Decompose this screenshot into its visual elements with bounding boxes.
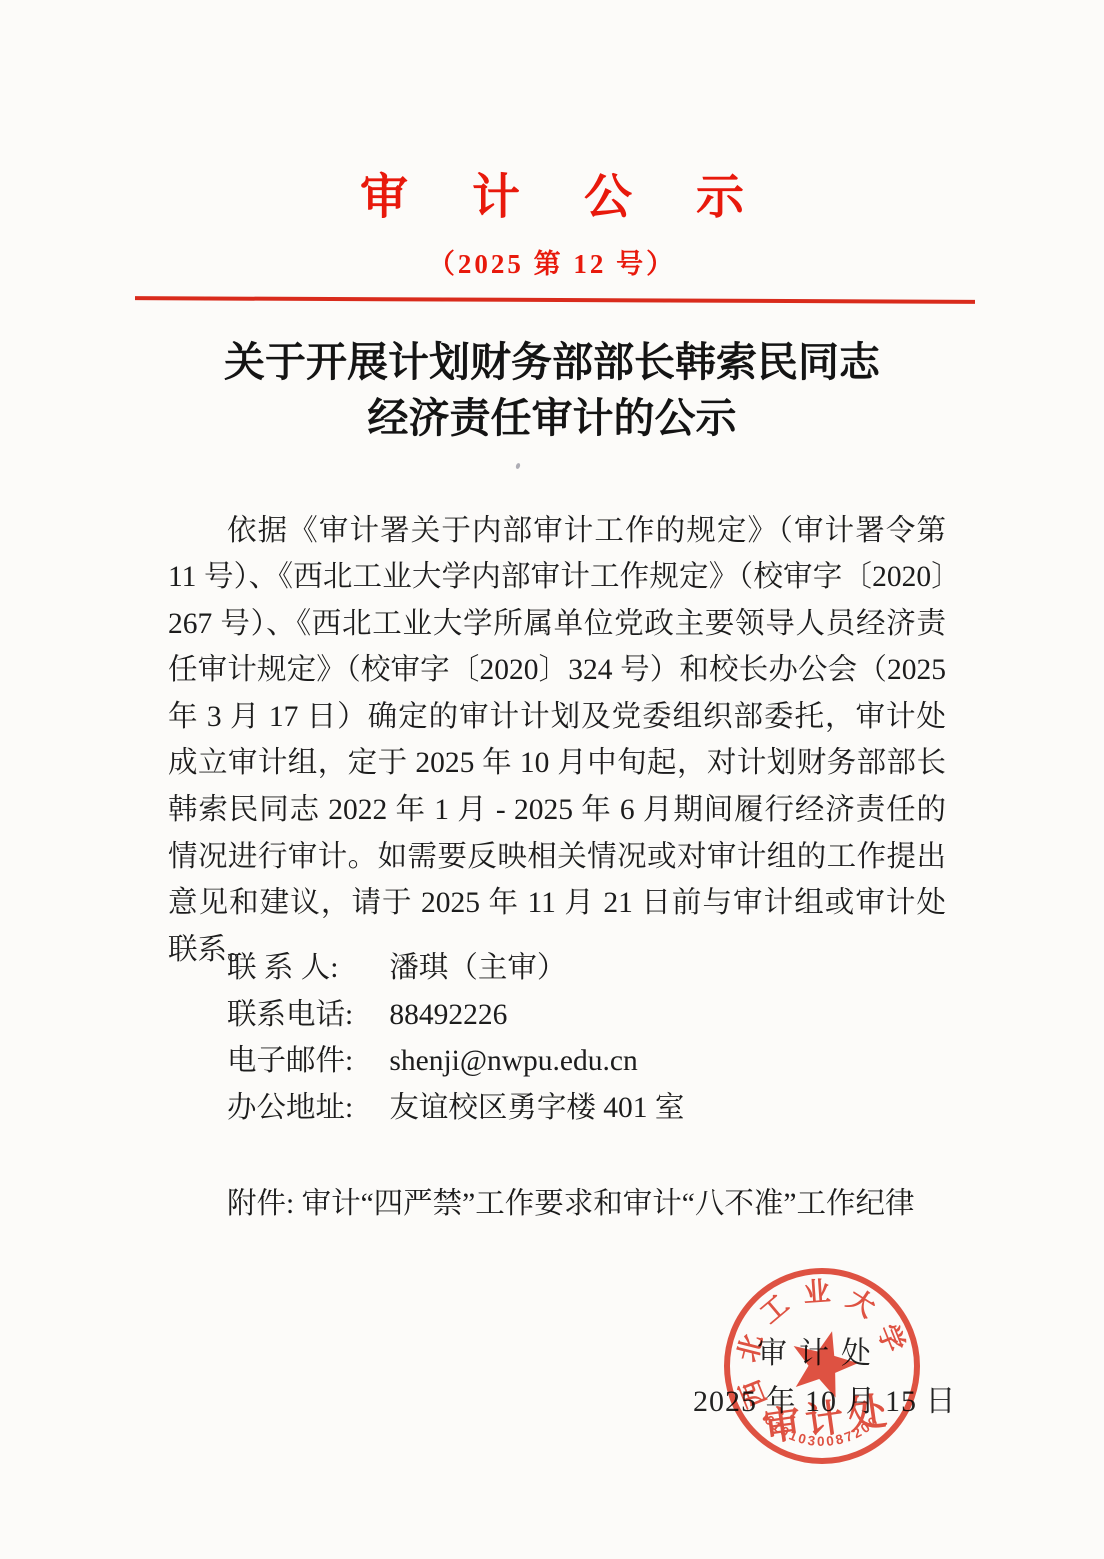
contact-person-label: 联 系 人: <box>227 945 382 992</box>
star-icon <box>784 1323 865 1401</box>
official-seal-stamp: 西北工业大学 审计处 6101030087200 <box>712 1256 932 1476</box>
contact-phone-row: 联系电话: 88492226 <box>227 992 684 1039</box>
body-paragraph: 依据《审计署关于内部审计工作的规定》（审计署令第 11 号）、《西北工业大学内部… <box>168 508 946 974</box>
contact-phone-value: 88492226 <box>389 999 507 1031</box>
attachment-note: 附件: 审计“四严禁”工作要求和审计“八不准”工作纪律 <box>227 1180 914 1222</box>
scan-artifact-speck <box>515 462 521 469</box>
contact-email-row: 电子邮件: shenji@nwpu.edu.cn <box>227 1038 684 1085</box>
red-divider-rule <box>135 296 975 304</box>
document-title: 审 计 公 示 <box>0 158 1104 227</box>
contact-address-row: 办公地址: 友谊校区勇字楼 401 室 <box>227 1085 684 1132</box>
document-page: 审 计 公 示 （2025 第 12 号） 关于开展计划财务部部长韩索民同志 经… <box>0 0 1104 1559</box>
heading-line-1: 关于开展计划财务部部长韩索民同志 <box>0 334 1104 390</box>
contact-person-value: 潘琪（主审） <box>389 952 566 984</box>
contact-address-value: 友谊校区勇字楼 401 室 <box>389 1092 684 1124</box>
stamp-ring-char: 学 <box>872 1320 910 1356</box>
stamp-ring-char: 业 <box>802 1276 831 1308</box>
contact-phone-label: 联系电话: <box>227 992 382 1039</box>
contact-email-label: 电子邮件: <box>227 1038 382 1085</box>
contact-person-row: 联 系 人: 潘琪（主审） <box>227 945 684 992</box>
stamp-ring-char: 北 <box>732 1331 768 1364</box>
heading-line-2: 经济责任审计的公示 <box>0 390 1104 446</box>
contact-email-value: shenji@nwpu.edu.cn <box>389 1045 637 1077</box>
document-number: （2025 第 12 号） <box>0 242 1104 281</box>
contact-address-label: 办公地址: <box>227 1085 382 1132</box>
contact-info-block: 联 系 人: 潘琪（主审） 联系电话: 88492226 电子邮件: shenj… <box>227 945 684 1131</box>
document-heading: 关于开展计划财务部部长韩索民同志 经济责任审计的公示 <box>0 334 1104 446</box>
